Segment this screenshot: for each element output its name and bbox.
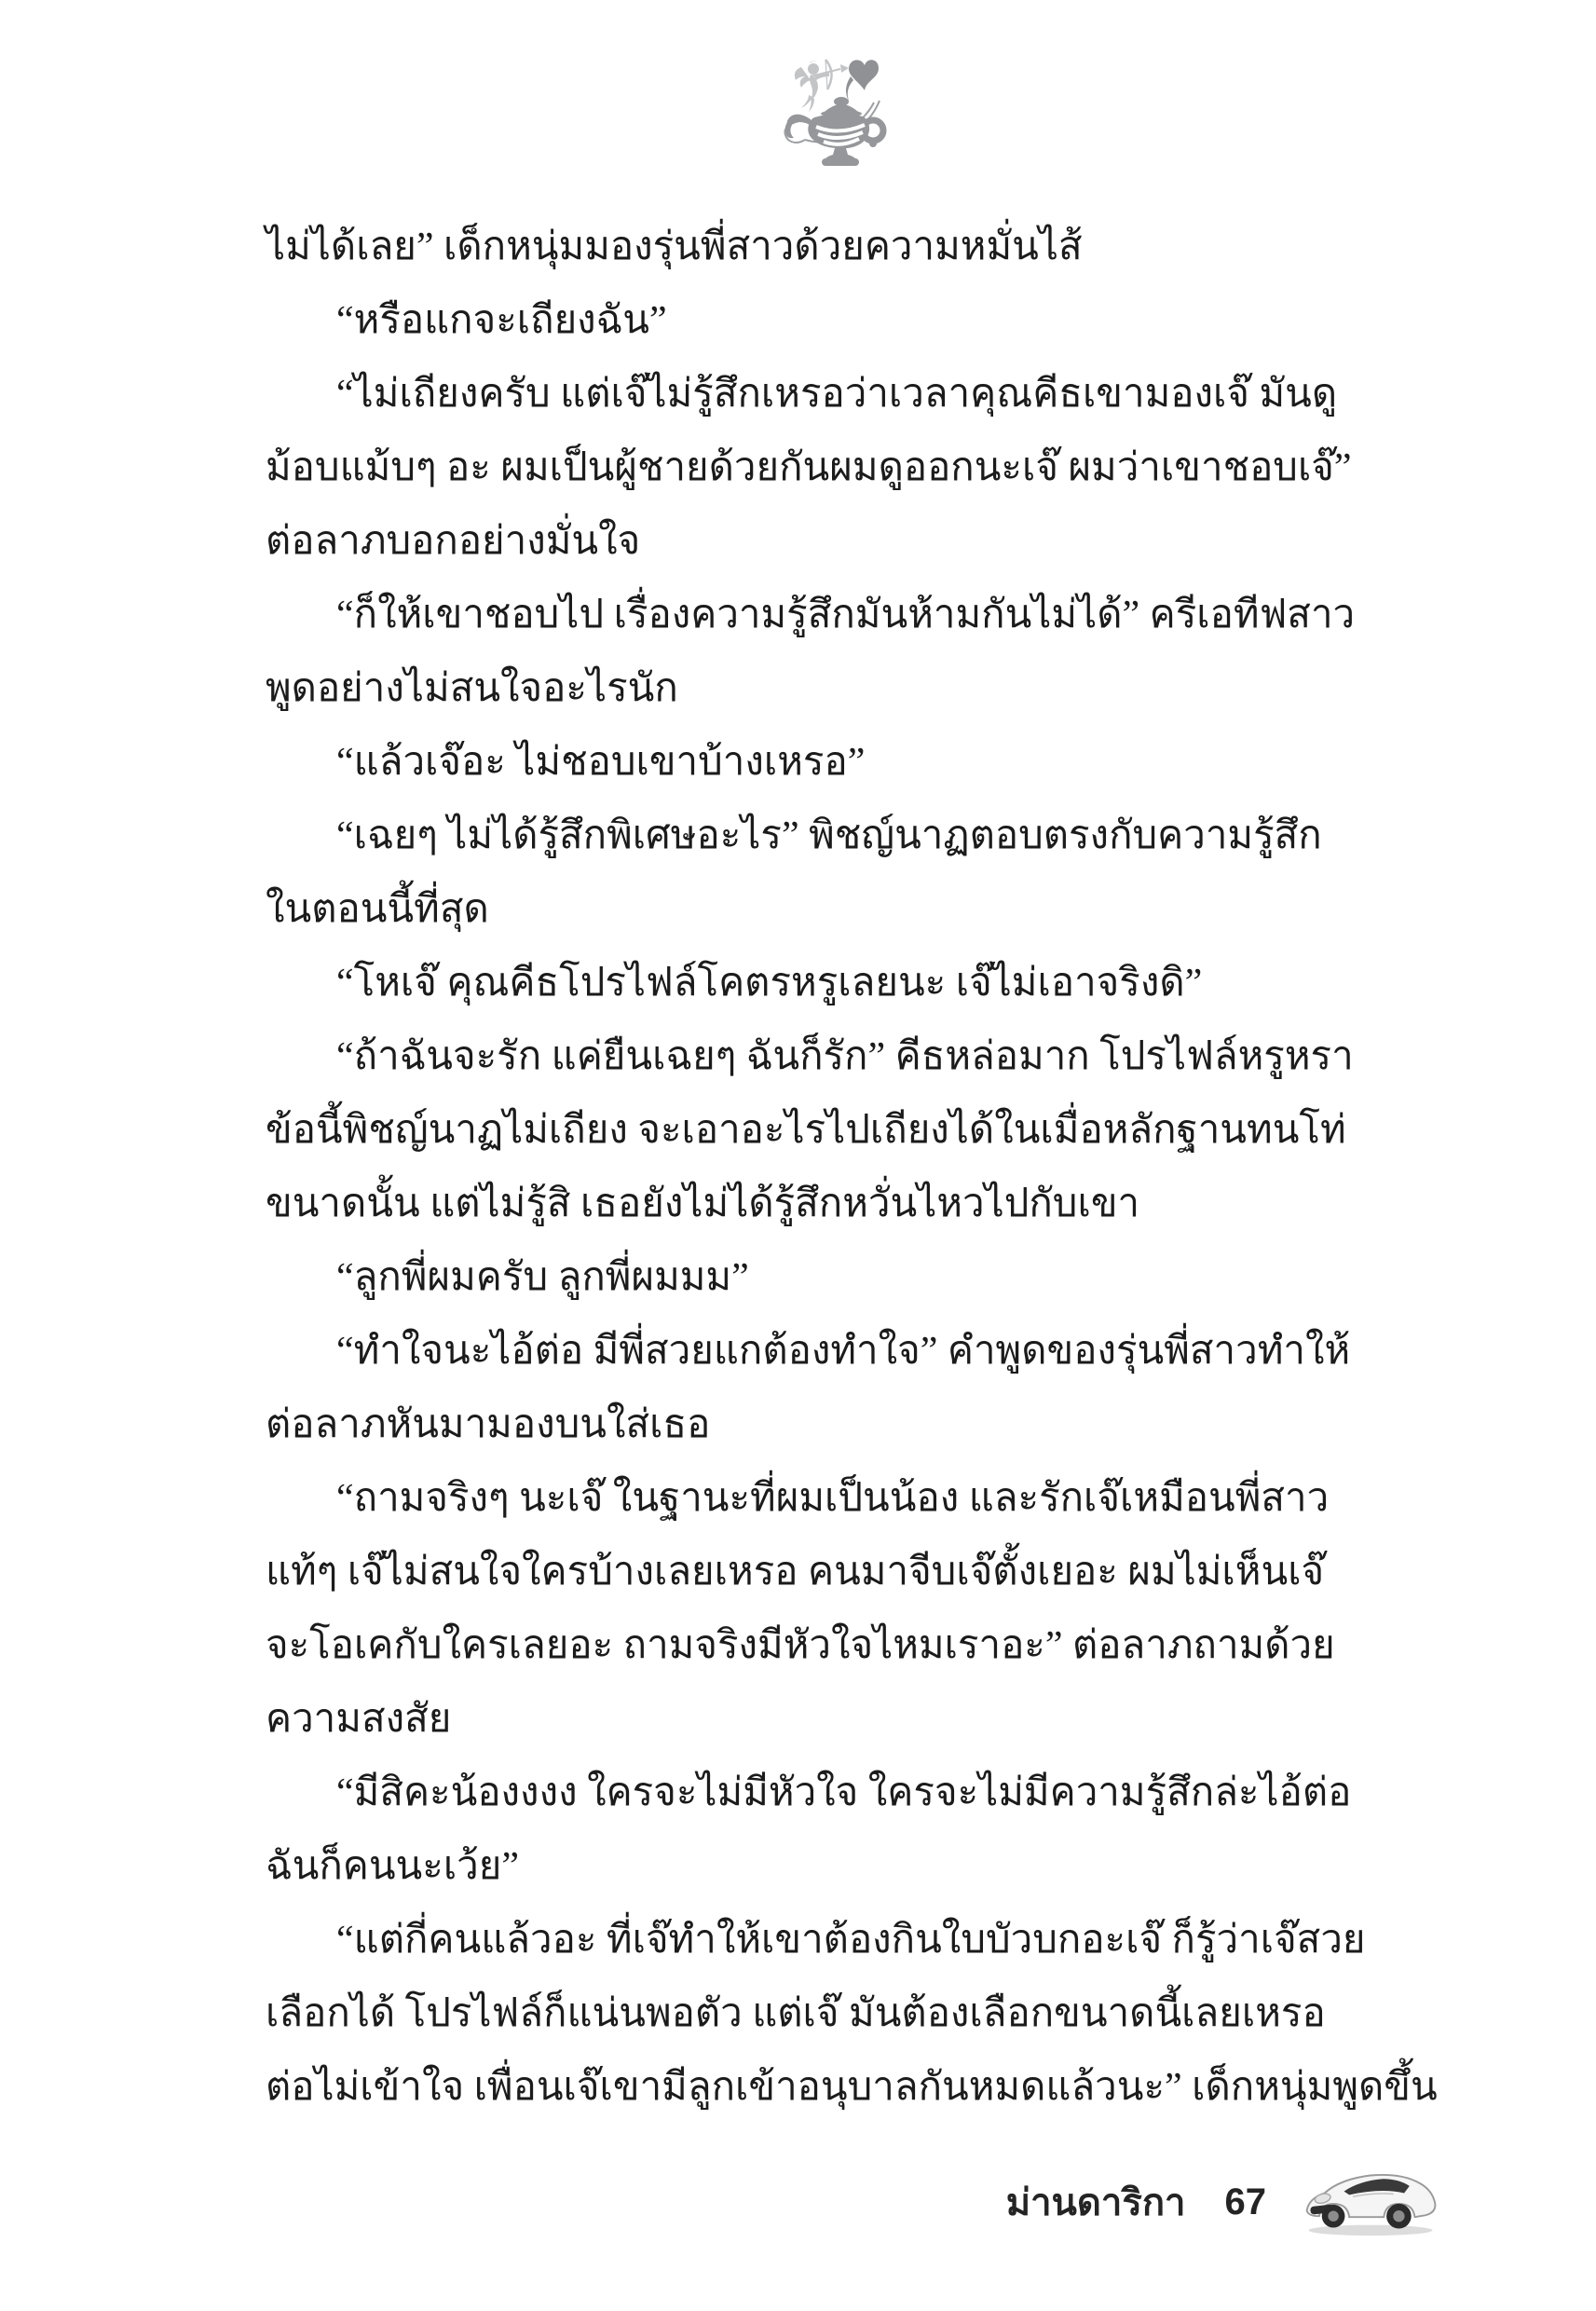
text-line: “ถามจริงๆ นะเจ๊ ในฐานะที่ผมเป็นน้อง และร… (266, 1462, 1421, 1536)
text-line: ขนาดนั้น แต่ไม่รู้สิ เธอยังไม่ได้รู้สึกห… (266, 1168, 1421, 1241)
cupid-heart-genie-lamp-ornament-icon (783, 52, 894, 171)
text-line: ต่อลาภหันมามองบนใส่เธอ (266, 1388, 1421, 1462)
text-line: ข้อนี้พิชญ์นาฏไม่เถียง จะเอาอะไรไปเถียงไ… (266, 1094, 1421, 1168)
text-line: “ทำใจนะไอ้ต่อ มีพี่สวยแกต้องทำใจ” คำพูดข… (266, 1315, 1421, 1388)
text-line: ไม่ได้เลย” เด็กหนุ่มมองรุ่นพี่สาวด้วยควา… (266, 211, 1421, 284)
text-line: “มีสิคะน้องงงง ใครจะไม่มีหัวใจ ใครจะไม่ม… (266, 1757, 1421, 1830)
text-line: “ไม่เถียงครับ แต่เจ๊ไม่รู้สึกเหรอว่าเวลา… (266, 358, 1421, 431)
text-line: ม้อบแม้บๆ อะ ผมเป็นผู้ชายด้วยกันผมดูออกน… (266, 431, 1421, 505)
page-text: ไม่ได้เลย” เด็กหนุ่มมองรุ่นพี่สาวด้วยควา… (266, 211, 1421, 2125)
text-line: “แล้วเจ๊อะ ไม่ชอบเขาบ้างเหรอ” (266, 726, 1421, 800)
text-line: เลือกได้ โปรไฟล์ก็แน่นพอตัว แต่เจ๊ มันต้… (266, 1977, 1421, 2051)
text-line: ความสงสัย (266, 1683, 1421, 1757)
text-line: แท้ๆ เจ๊ไม่สนใจใครบ้างเลยเหรอ คนมาจีบเจ๊… (266, 1536, 1421, 1609)
text-line: จะโอเคกับใครเลยอะ ถามจริงมีหัวใจไหมเราอะ… (266, 1609, 1421, 1683)
genie-lamp-icon (785, 97, 883, 166)
text-line: “เฉยๆ ไม่ได้รู้สึกพิเศษอะไร” พิชญ์นาฏตอบ… (266, 800, 1421, 873)
sports-car-icon (1300, 2163, 1441, 2241)
text-line: “หรือแกจะเถียงฉัน” (266, 284, 1421, 358)
text-line: พูดอย่างไม่สนใจอะไรนัก (266, 652, 1421, 726)
text-line: “ลูกพี่ผมครับ ลูกพี่ผมมม” (266, 1241, 1421, 1315)
text-line: ต่อลาภบอกอย่างมั่นใจ (266, 505, 1421, 579)
heart-icon (846, 60, 879, 101)
book-title: ม่านดาริกา (1006, 2172, 1186, 2232)
text-line: “ก็ให้เขาชอบไป เรื่องความรู้สึกมันห้ามกั… (266, 579, 1421, 652)
page-number: 67 (1225, 2181, 1267, 2223)
text-line: “ถ้าฉันจะรัก แค่ยืนเฉยๆ ฉันก็รัก” คีธหล่… (266, 1020, 1421, 1094)
text-line: ฉันก็คนนะเว้ย” (266, 1830, 1421, 1904)
text-line: “โหเจ๊ คุณคีธโปรไฟล์โคตรหรูเลยนะ เจ๊ไม่เ… (266, 947, 1421, 1020)
text-line: “แต่กี่คนแล้วอะ ที่เจ๊ทำให้เขาต้องกินใบบ… (266, 1904, 1421, 1977)
text-line: ในตอนนี้ที่สุด (266, 873, 1421, 947)
text-line: ต่อไม่เข้าใจ เพื่อนเจ๊เขามีลูกเข้าอนุบาล… (266, 2051, 1421, 2125)
page-footer: ม่านดาริกา 67 (1006, 2160, 1441, 2244)
